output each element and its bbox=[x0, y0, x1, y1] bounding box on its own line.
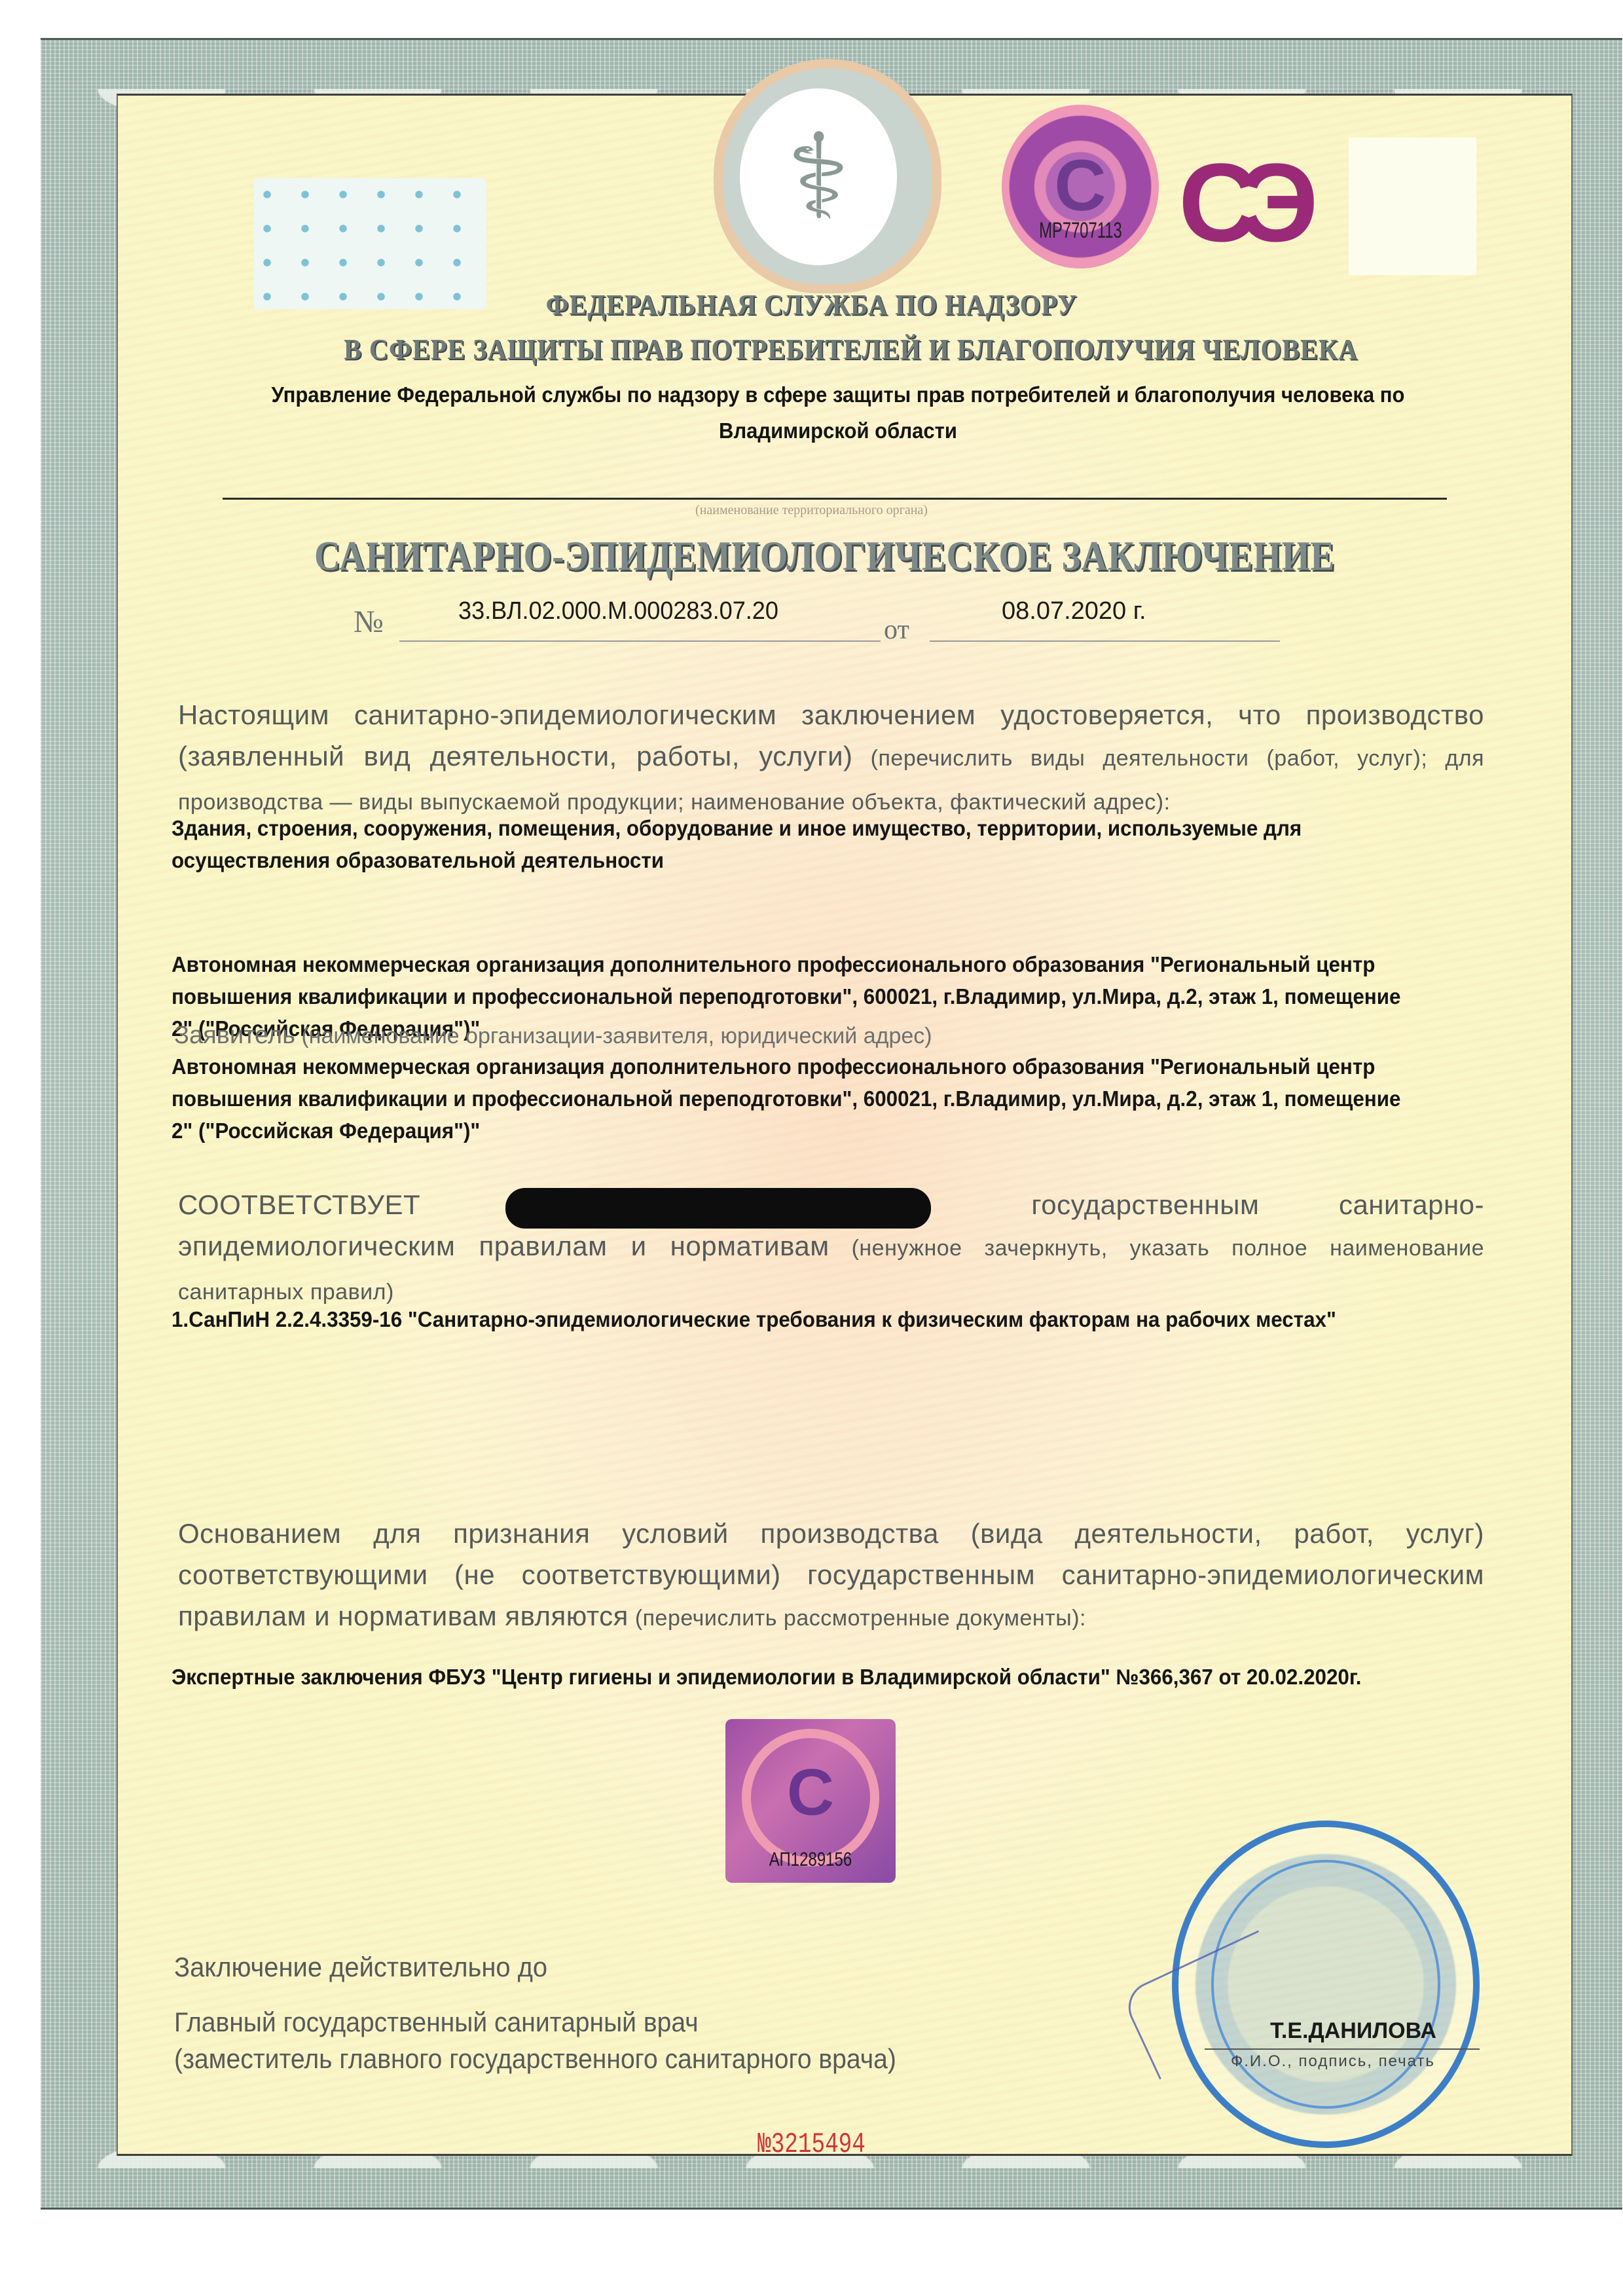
basis-hint: (перечислить рассмотренные документы): bbox=[629, 1606, 1086, 1631]
se-logo-icon: CЭ bbox=[1178, 154, 1322, 252]
hologram-serial: МР7707113 bbox=[1039, 218, 1122, 244]
intro-paragraph: Настоящим санитарно-эпидемиологическим з… bbox=[178, 694, 1484, 823]
rospotrebnadzor-mark-icon: C bbox=[1002, 144, 1159, 227]
document-date: 08.07.2020 г. bbox=[1002, 597, 1146, 625]
activity-description: Здания, строения, сооружения, помещения,… bbox=[172, 812, 1415, 876]
agency-title-line2: В СФЕРЕ ЗАЩИТЫ ПРАВ ПОТРЕБИТЕЛЕЙ И БЛАГО… bbox=[104, 333, 1597, 366]
department-name: Управление Федеральной службы по надзору… bbox=[204, 377, 1472, 449]
applicant-label: Заявитель bbox=[174, 1022, 295, 1049]
rospotrebnadzor-mark-icon: C bbox=[725, 1755, 896, 1830]
signer-name: Т.Е.ДАНИЛОВА bbox=[1270, 2018, 1436, 2044]
basis-paragraph: Основанием для признания условий произво… bbox=[178, 1513, 1484, 1639]
applicant-description: Автономная некоммерческая организация до… bbox=[172, 1050, 1415, 1147]
number-underline bbox=[399, 640, 881, 642]
hologram-sticker-serial: АП1289156 bbox=[742, 1849, 879, 1871]
applicant-hint: (наименование организации-заявителя, юри… bbox=[295, 1024, 932, 1048]
document-title: САНИТАРНО-ЭПИДЕМИОЛОГИЧЕСКОЕ ЗАКЛЮЧЕНИЕ bbox=[127, 532, 1523, 580]
signer-underline bbox=[1205, 2048, 1480, 2050]
hologram-circle-icon: C МР7707113 bbox=[1002, 105, 1159, 268]
redaction-bar bbox=[505, 1188, 931, 1229]
applicant-label-row: Заявитель (наименование организации-заяв… bbox=[174, 1022, 932, 1050]
agency-title-line1: ФЕДЕРАЛЬНАЯ СЛУЖБА ПО НАДЗОРУ bbox=[65, 288, 1558, 322]
chief-title: Главный государственный санитарный врач bbox=[174, 2004, 896, 2041]
divider bbox=[223, 498, 1447, 500]
valid-until-label: Заключение действительно до bbox=[174, 1952, 547, 1983]
number-sign: № bbox=[354, 604, 384, 640]
document-number-row: № 33.ВЛ.02.000.М.000283.07.20 от 08.07.2… bbox=[354, 597, 1336, 643]
chief-deputy: (заместитель главного государственного с… bbox=[174, 2041, 896, 2077]
hologram-sticker-icon: C АП1289156 bbox=[725, 1719, 896, 1883]
signer-caption: Ф.И.О., подпись, печать bbox=[1231, 2052, 1435, 2071]
basis-documents: Экспертные заключения ФБУЗ "Центр гигиен… bbox=[172, 1661, 1415, 1693]
form-number: №3215494 bbox=[179, 2128, 1445, 2161]
conformity-word: СООТВЕТСТВУЕТ bbox=[178, 1189, 420, 1220]
blank-field bbox=[1349, 138, 1476, 275]
date-underline bbox=[930, 640, 1280, 642]
date-label: от bbox=[884, 614, 909, 646]
conformity-paragraph: СООТВЕТСТВУЕТ государственным санитарно-… bbox=[178, 1184, 1484, 1313]
document-number: 33.ВЛ.02.000.М.000283.07.20 bbox=[458, 597, 778, 625]
chief-doctor-block: Главный государственный санитарный врач … bbox=[174, 2004, 896, 2077]
sanitary-rules: 1.СанПиН 2.2.4.3359-16 "Санитарно-эпидем… bbox=[172, 1303, 1415, 1335]
department-caption: (наименование территориального органа) bbox=[0, 503, 1623, 518]
double-headed-eagle-icon: ⚕ bbox=[740, 88, 897, 265]
